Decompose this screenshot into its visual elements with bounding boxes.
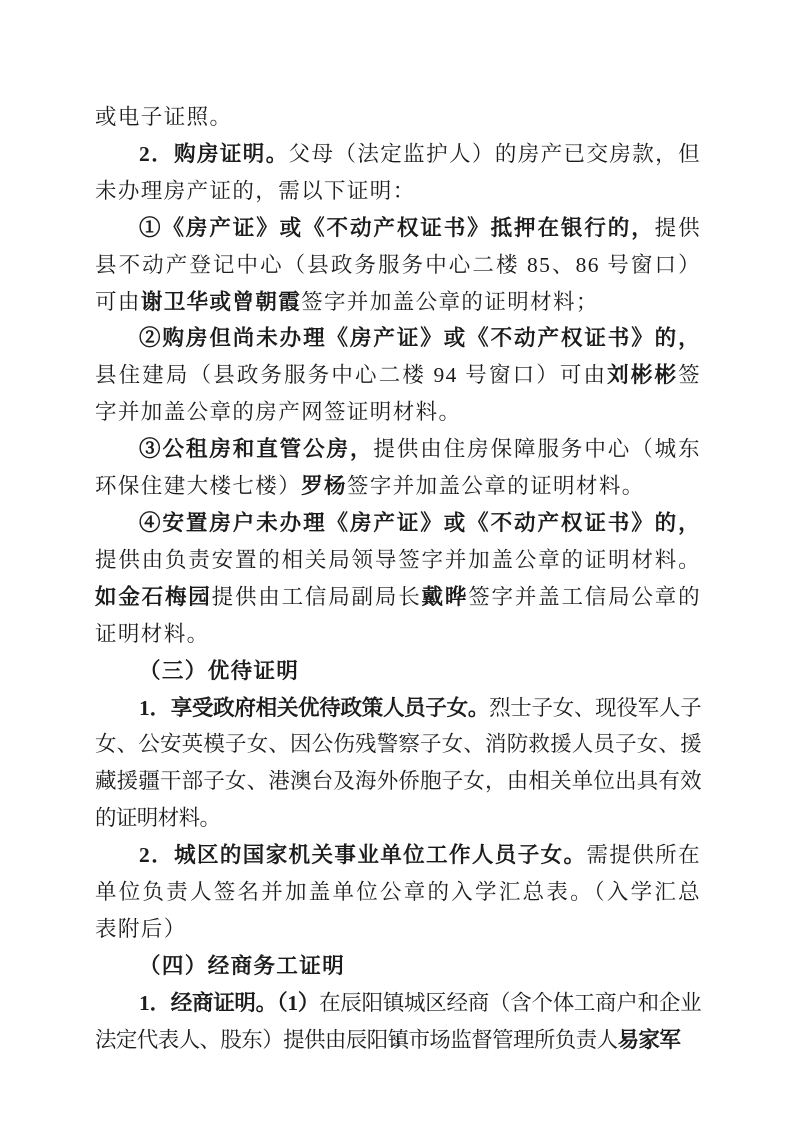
text-segment: 县住建局（县政务服务中心二楼 94 号窗口）可由 bbox=[95, 363, 607, 387]
text-segment: 如金石梅园 bbox=[95, 585, 212, 609]
text-segment: （四）经商务工证明 bbox=[139, 954, 345, 978]
section-heading: （四）经商务工证明 bbox=[95, 948, 701, 985]
paragraph: 1．享受政府相关优待政策人员子女。烈士子女、现役军人子女、公安英模子女、因公伤残… bbox=[95, 690, 701, 838]
text-segment: ④安置房户未办理《房产证》或《不动产权证书》的， bbox=[139, 511, 701, 535]
text-segment: 罗杨 bbox=[301, 474, 347, 498]
paragraph: 2．购房证明。父母（法定监护人）的房产已交房款，但未办理房产证的，需以下证明： bbox=[95, 136, 701, 210]
paragraph: ④安置房户未办理《房产证》或《不动产权证书》的，提供由负责安置的相关局领导签字并… bbox=[95, 505, 701, 653]
text-segment: ③公租房和直管公房， bbox=[139, 437, 373, 461]
text-segment: （三）优待证明 bbox=[139, 659, 299, 683]
text-segment: 签字并加盖公章的证明材料。 bbox=[347, 474, 645, 498]
text-segment: 或电子证照。 bbox=[95, 105, 232, 129]
paragraph: ②购房但尚未办理《房产证》或《不动产权证书》的，县住建局（县政务服务中心二楼 9… bbox=[95, 320, 701, 431]
section-heading: （三）优待证明 bbox=[95, 653, 701, 690]
text-segment: 签字并加盖公章的证明材料； bbox=[301, 290, 599, 314]
text-segment: 戴晔 bbox=[422, 585, 469, 609]
text-segment: ①《房产证》或《不动产权证书》抵押在银行的， bbox=[139, 216, 655, 240]
text-segment: 2．购房证明。 bbox=[139, 142, 289, 166]
text-segment: 2．城区的国家机关事业单位工作人员子女。 bbox=[139, 843, 586, 867]
document-page: 或电子证照。2．购房证明。父母（法定监护人）的房产已交房款，但未办理房产证的，需… bbox=[0, 0, 793, 1122]
text-segment: 谢卫华或曾朝霞 bbox=[141, 290, 301, 314]
paragraph: ③公租房和直管公房，提供由住房保障服务中心（城东环保住建大楼七楼）罗杨签字并加盖… bbox=[95, 431, 701, 505]
text-segment: 刘彬彬 bbox=[607, 363, 678, 387]
paragraph: ①《房产证》或《不动产权证书》抵押在银行的，提供县不动产登记中心（县政务服务中心… bbox=[95, 210, 701, 321]
text-segment: 1．经商证明。（1） bbox=[139, 991, 319, 1015]
paragraph: 或电子证照。 bbox=[95, 99, 701, 136]
text-segment: 1．享受政府相关优待政策人员子女。 bbox=[139, 696, 489, 720]
document-body: 或电子证照。2．购房证明。父母（法定监护人）的房产已交房款，但未办理房产证的，需… bbox=[95, 99, 701, 1059]
text-segment: 提供由负责安置的相关局领导签字并加盖公章的证明材料。 bbox=[95, 548, 701, 572]
text-segment: ②购房但尚未办理《房产证》或《不动产权证书》的， bbox=[139, 326, 701, 350]
page-number: 3 bbox=[0, 1034, 793, 1051]
text-segment: 提供由工信局副局长 bbox=[212, 585, 422, 609]
paragraph: 2．城区的国家机关事业单位工作人员子女。需提供所在单位负责人签名并加盖单位公章的… bbox=[95, 837, 701, 948]
